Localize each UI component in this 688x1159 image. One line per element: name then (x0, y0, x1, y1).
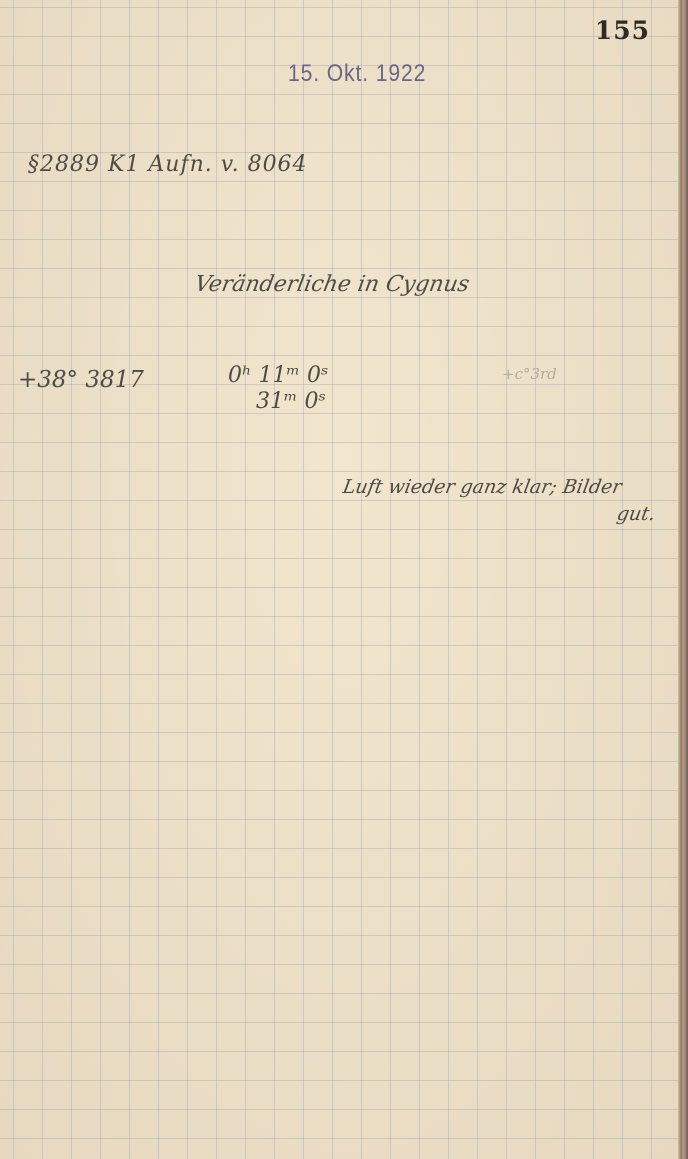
declination-value: +38° 3817 (18, 367, 144, 393)
observation-remark: Luft wieder ganz klar; Bilder (341, 476, 623, 498)
observation-remark-continued: gut. (615, 503, 657, 525)
page-number: 155 (595, 16, 650, 45)
notebook-page: 155 15. Okt. 1922 §2889 K1 Aufn. v. 8064… (0, 0, 688, 1159)
faint-bleedthrough-note: +c°3rd (502, 365, 557, 383)
catalog-entry: §2889 K1 Aufn. v. 8064 (28, 152, 308, 177)
page-edge (678, 0, 688, 1159)
section-heading: Veränderliche in Cygnus (193, 272, 471, 297)
time-value-1: 0ʰ 11ᵐ 0ˢ (228, 363, 328, 388)
time-value-2: 31ᵐ 0ˢ (256, 389, 326, 414)
date-stamp: 15. Okt. 1922 (288, 60, 426, 88)
